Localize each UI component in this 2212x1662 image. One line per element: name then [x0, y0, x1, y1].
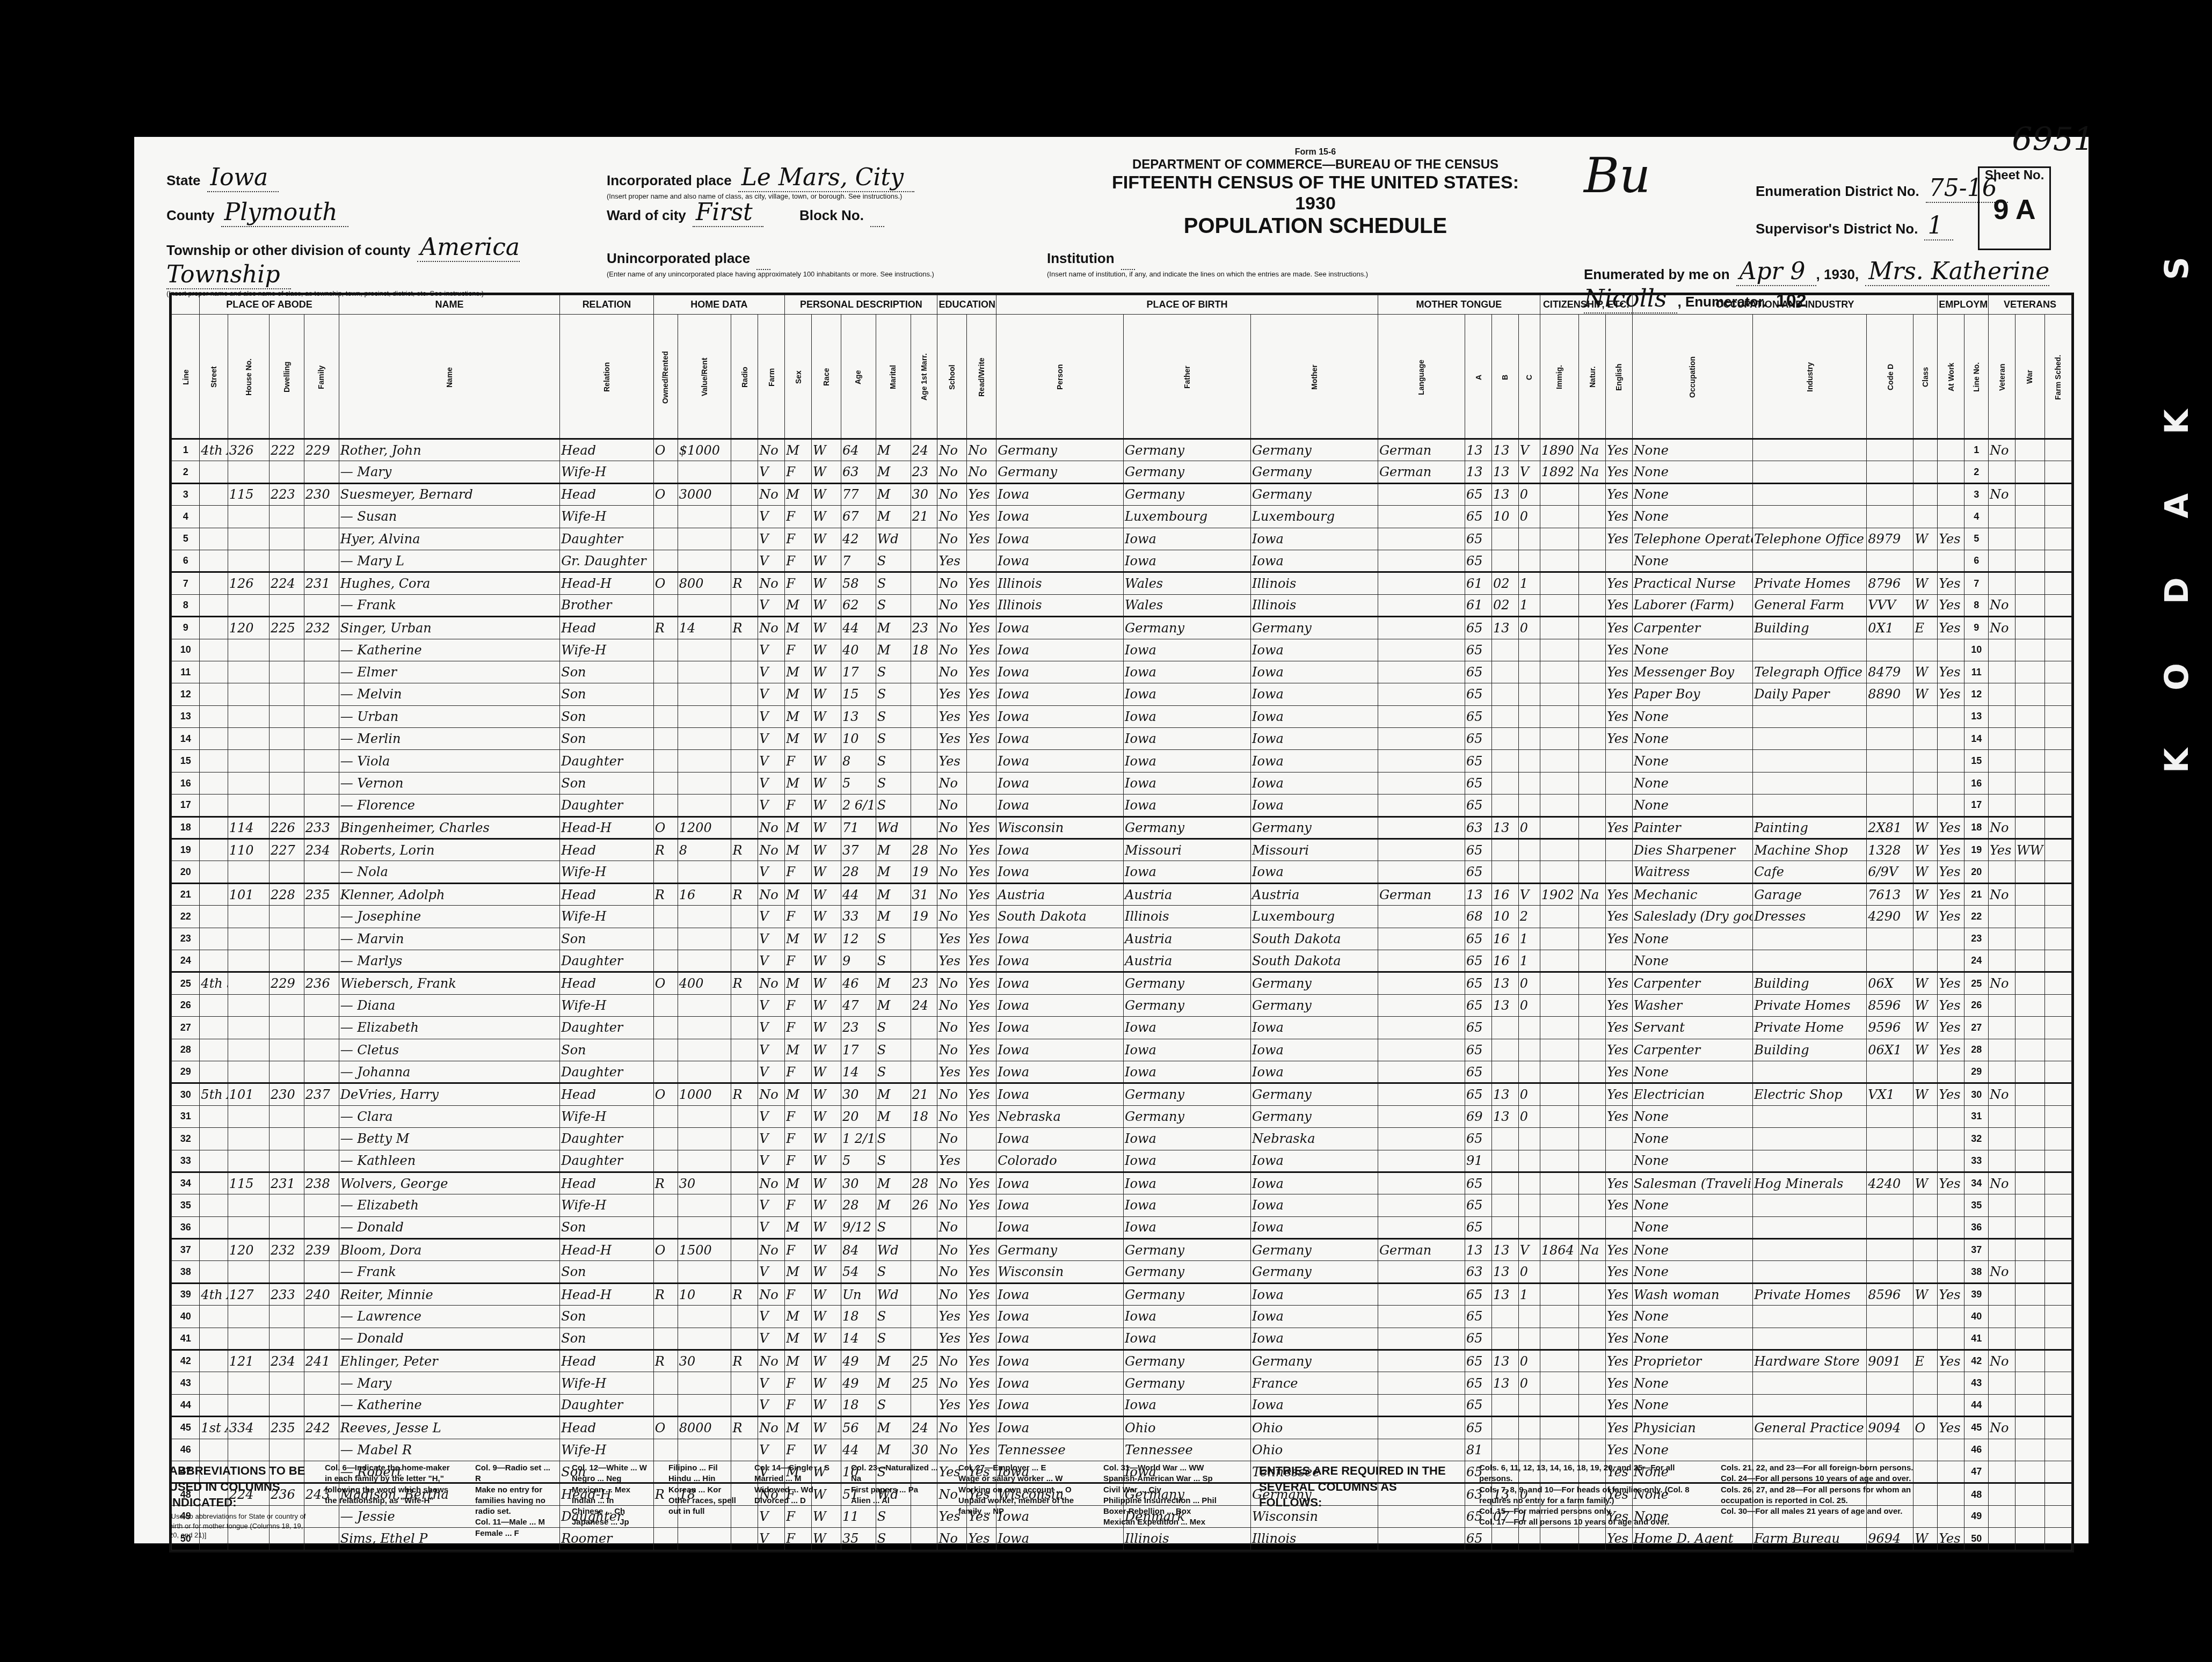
cell-ind: Dresses	[1753, 906, 1867, 928]
cell-sex: F	[785, 1372, 812, 1394]
cell-house	[228, 639, 269, 661]
cell-occ: None	[1632, 772, 1752, 794]
cell-name: — Frank	[339, 1261, 559, 1283]
cell-pb: Iowa	[996, 1128, 1124, 1150]
cell-b: 13	[1491, 439, 1518, 461]
cell-eng: Yes	[1605, 439, 1632, 461]
cell-b: 13	[1491, 994, 1518, 1016]
cell-house: 120	[228, 1239, 269, 1261]
cell-fam	[304, 1439, 339, 1461]
cell-occ: None	[1632, 1372, 1752, 1394]
cell-ln: 16	[172, 772, 200, 794]
cell-street	[200, 1306, 228, 1328]
cell-occ: Physician	[1632, 1417, 1752, 1439]
cell-war	[2015, 461, 2044, 483]
cell-fam	[304, 1061, 339, 1083]
cell-lang	[1378, 705, 1465, 727]
cell-code: 7613	[1867, 883, 1913, 905]
cell-name: Rother, John	[339, 439, 559, 461]
cell-mb: Germany	[1251, 1239, 1378, 1261]
cell-street: 4th Ave. NE	[200, 439, 228, 461]
cell-work	[1938, 1439, 1964, 1461]
cell-age: 8	[841, 750, 876, 772]
column-header: Street	[200, 315, 228, 439]
cell-age: 64	[841, 439, 876, 461]
cell-code: 0X1	[1867, 617, 1913, 639]
cell-fb: Austria	[1124, 883, 1251, 905]
cell-sex: M	[785, 617, 812, 639]
cell-war	[2015, 1061, 2044, 1083]
cell-rw: Yes	[967, 861, 996, 883]
cell-mb: Iowa	[1251, 639, 1378, 661]
cell-lang	[1378, 639, 1465, 661]
cell-sch: Yes	[937, 705, 967, 727]
cell-name: — Susan	[339, 506, 559, 528]
cell-ind	[1753, 1216, 1867, 1238]
cell-house	[228, 1150, 269, 1172]
cell-nat	[1579, 1105, 1606, 1127]
cell-ln: 20	[1964, 861, 1989, 883]
cell-lang	[1378, 594, 1465, 616]
cell-a: 65	[1465, 928, 1492, 950]
cell-farm: V	[758, 506, 785, 528]
cell-rel: Gr. Daughter	[560, 550, 654, 572]
cell-dw	[270, 1328, 304, 1350]
cell-mar: M	[876, 617, 911, 639]
cell-farm: V	[758, 661, 785, 683]
cell-b	[1491, 661, 1518, 683]
cell-_	[2044, 972, 2071, 994]
cell-ln: 26	[1964, 994, 1989, 1016]
cell-am	[911, 1017, 937, 1039]
cell-code	[1867, 506, 1913, 528]
cell-ind	[1753, 1128, 1867, 1150]
cell-rel: Wife-H	[560, 1194, 654, 1216]
cell-age: 17	[841, 1039, 876, 1061]
cell-vet	[1989, 1017, 2015, 1039]
cell-sex: F	[785, 1439, 812, 1461]
cell-fb: Germany	[1124, 1261, 1251, 1283]
cell-house	[228, 594, 269, 616]
cell-street: 5th Ave. SE	[200, 1083, 228, 1105]
cell-dw	[270, 1039, 304, 1061]
cell-eng: Yes	[1605, 1105, 1632, 1127]
cell-lang	[1378, 928, 1465, 950]
cell-vet: No	[1989, 1172, 2015, 1194]
cell-name: — Elizabeth	[339, 1194, 559, 1216]
cell-lang	[1378, 506, 1465, 528]
cell-eng: Yes	[1605, 1439, 1632, 1461]
cell-dw	[270, 461, 304, 483]
cell-farm: No	[758, 1239, 785, 1261]
cell-ln: 30	[172, 1083, 200, 1105]
cell-ind: Daily Paper	[1753, 683, 1867, 705]
cell-code: 8479	[1867, 661, 1913, 683]
cell-war	[2015, 528, 2044, 550]
cell-val	[678, 461, 731, 483]
cell-work	[1938, 750, 1964, 772]
cell-sex: F	[785, 572, 812, 594]
cell-lang	[1378, 550, 1465, 572]
cell-b	[1491, 750, 1518, 772]
cell-a: 65	[1465, 1328, 1492, 1350]
cell-mb: Iowa	[1251, 661, 1378, 683]
cell-val	[678, 1372, 731, 1394]
cell-fb: Germany	[1124, 1105, 1251, 1127]
cell-own: O	[653, 572, 678, 594]
cell-name: — Mary L	[339, 550, 559, 572]
cell-work	[1938, 1128, 1964, 1150]
cell-sex: M	[785, 661, 812, 683]
cell-dw	[270, 772, 304, 794]
cell-ln: 42	[1964, 1350, 1989, 1372]
cell-lang	[1378, 1017, 1465, 1039]
cell-am	[911, 728, 937, 750]
cell-fam: 239	[304, 1239, 339, 1261]
cell-fam: 238	[304, 1172, 339, 1194]
cell-eng: Yes	[1605, 661, 1632, 683]
form-footer: ABBREVIATIONS TO BE USED IN COLUMNS INDI…	[169, 1463, 2070, 1540]
cell-am	[911, 528, 937, 550]
cell-mar: Wd	[876, 817, 911, 839]
cell-house	[228, 906, 269, 928]
cell-nat	[1579, 1261, 1606, 1283]
cell-age: 37	[841, 839, 876, 861]
cell-mb: Germany	[1251, 1261, 1378, 1283]
cell-nat	[1579, 1216, 1606, 1238]
cell-pb: Iowa	[996, 1083, 1124, 1105]
cell-mb: Iowa	[1251, 550, 1378, 572]
cell-dw	[270, 1194, 304, 1216]
cell-ind	[1753, 728, 1867, 750]
cell-ln: 18	[1964, 817, 1989, 839]
cell-fb: Iowa	[1124, 528, 1251, 550]
cell-cls: W	[1913, 528, 1938, 550]
cell-farm: V	[758, 1128, 785, 1150]
cell-war	[2015, 1417, 2044, 1439]
cell-val	[678, 1194, 731, 1216]
cell-mar: S	[876, 705, 911, 727]
cell-am	[911, 1039, 937, 1061]
cell-ln: 1	[1964, 439, 1989, 461]
cell-rw: Yes	[967, 1283, 996, 1305]
cell-age: 54	[841, 1261, 876, 1283]
cell-pb: Iowa	[996, 617, 1124, 639]
cell-work: Yes	[1938, 683, 1964, 705]
county-value: Plymouth	[221, 199, 348, 227]
cell-work	[1938, 1194, 1964, 1216]
cell-farm: No	[758, 483, 785, 505]
cell-lang: German	[1378, 439, 1465, 461]
cell-race: W	[812, 528, 841, 550]
cell-val	[678, 528, 731, 550]
cell-c	[1518, 639, 1540, 661]
cell-race: W	[812, 550, 841, 572]
cell-radio: R	[731, 572, 758, 594]
cell-ln: 35	[172, 1194, 200, 1216]
cell-imm	[1540, 1105, 1578, 1127]
cell-mar: M	[876, 1194, 911, 1216]
cell-ln: 5	[172, 528, 200, 550]
cell-cls	[1913, 550, 1938, 572]
cell-lang	[1378, 1306, 1465, 1328]
cell-imm	[1540, 750, 1578, 772]
cell-ln: 12	[172, 683, 200, 705]
cell-sex: F	[785, 750, 812, 772]
cell-race: W	[812, 1017, 841, 1039]
cell-lang	[1378, 1350, 1465, 1372]
column-header: Family	[304, 315, 339, 439]
cell-ind: Painting	[1753, 817, 1867, 839]
cell-code	[1867, 1194, 1913, 1216]
cell-pb: Iowa	[996, 1017, 1124, 1039]
cell-c: V	[1518, 883, 1540, 905]
cell-nat	[1579, 1306, 1606, 1328]
cell-war	[2015, 1328, 2044, 1350]
cell-am: 21	[911, 506, 937, 528]
cell-rel: Son	[560, 1216, 654, 1238]
cell-own	[653, 550, 678, 572]
cell-mb: Iowa	[1251, 1194, 1378, 1216]
cell-mb: Iowa	[1251, 1150, 1378, 1172]
cell-eng: Yes	[1605, 683, 1632, 705]
cell-occ: None	[1632, 1061, 1752, 1083]
cell-nat	[1579, 1350, 1606, 1372]
cell-ind: Building	[1753, 972, 1867, 994]
cell-imm	[1540, 661, 1578, 683]
cell-street	[200, 883, 228, 905]
cell-own	[653, 1017, 678, 1039]
cell-war	[2015, 994, 2044, 1016]
cell-name: — Merlin	[339, 728, 559, 750]
cell-rel: Daughter	[560, 1150, 654, 1172]
reviewer-mark: Bu	[1584, 148, 1650, 204]
cell-code: 06X1	[1867, 1039, 1913, 1061]
cell-nat	[1579, 639, 1606, 661]
table-row: 35— ElizabethWife-HVFW28M26NoYesIowaIowa…	[172, 1194, 2072, 1216]
cell-house	[228, 506, 269, 528]
cell-val	[678, 994, 731, 1016]
cell-race: W	[812, 506, 841, 528]
cell-age: Un	[841, 1283, 876, 1305]
cell-rel: Head	[560, 883, 654, 905]
cell-ln: 16	[1964, 772, 1989, 794]
cell-vet	[1989, 1283, 2015, 1305]
cell-radio	[731, 1194, 758, 1216]
cell-imm	[1540, 1083, 1578, 1105]
cell-ind	[1753, 1194, 1867, 1216]
cell-imm	[1540, 705, 1578, 727]
cell-fam: 236	[304, 972, 339, 994]
form-title: Form 15-6 DEPARTMENT OF COMMERCE—BUREAU …	[1111, 148, 1519, 238]
cell-lang	[1378, 950, 1465, 972]
cell-nat: Na	[1579, 439, 1606, 461]
cell-rel: Son	[560, 728, 654, 750]
column-header: Line	[172, 315, 200, 439]
cell-race: W	[812, 1261, 841, 1283]
cell-cls: W	[1913, 1017, 1938, 1039]
cell-name: Reeves, Jesse L	[339, 1417, 559, 1439]
cell-fb: Ohio	[1124, 1417, 1251, 1439]
cell-rw	[967, 794, 996, 817]
column-header: At Work	[1938, 315, 1964, 439]
cell-ind	[1753, 750, 1867, 772]
cell-cls: O	[1913, 1417, 1938, 1439]
cell-lang	[1378, 1216, 1465, 1238]
cell-age: 10	[841, 728, 876, 750]
cell-rw: Yes	[967, 1017, 996, 1039]
cell-street	[200, 617, 228, 639]
cell-fb: Iowa	[1124, 1194, 1251, 1216]
cell-war	[2015, 950, 2044, 972]
cell-ln: 38	[172, 1261, 200, 1283]
cell-sch: No	[937, 817, 967, 839]
cell-mb: Austria	[1251, 883, 1378, 905]
cell-c	[1518, 705, 1540, 727]
cell-name: — Vernon	[339, 772, 559, 794]
cell-_	[2044, 750, 2071, 772]
cell-street	[200, 705, 228, 727]
column-header: Age 1st Marr.	[911, 315, 937, 439]
cell-lang	[1378, 483, 1465, 505]
cell-eng: Yes	[1605, 1306, 1632, 1328]
cell-eng	[1605, 1128, 1632, 1150]
cell-nat	[1579, 594, 1606, 616]
cell-radio	[731, 1216, 758, 1238]
cell-lang	[1378, 861, 1465, 883]
cell-rel: Head	[560, 1350, 654, 1372]
cell-b: 02	[1491, 594, 1518, 616]
cell-a: 63	[1465, 1261, 1492, 1283]
cell-radio	[731, 1394, 758, 1416]
cell-name: Ehlinger, Peter	[339, 1350, 559, 1372]
cell-b: 13	[1491, 617, 1518, 639]
cell-occ: None	[1632, 550, 1752, 572]
cell-occ: None	[1632, 705, 1752, 727]
cell-lang	[1378, 1128, 1465, 1150]
cell-race: W	[812, 1216, 841, 1238]
cell-sch: No	[937, 972, 967, 994]
cell-name: — Viola	[339, 750, 559, 772]
cell-occ: Paper Boy	[1632, 683, 1752, 705]
table-row: 6— Mary LGr. DaughterVFW7SYesIowaIowaIow…	[172, 550, 2072, 572]
cell-farm: V	[758, 928, 785, 950]
cell-name: — Clara	[339, 1105, 559, 1127]
cell-vet	[1989, 1105, 2015, 1127]
cell-mb: Germany	[1251, 461, 1378, 483]
cell-pb: Germany	[996, 1239, 1124, 1261]
cell-dw: 230	[270, 1083, 304, 1105]
cell-am: 18	[911, 639, 937, 661]
cell-age: 77	[841, 483, 876, 505]
cell-cls	[1913, 728, 1938, 750]
cell-ln: 40	[1964, 1306, 1989, 1328]
cell-a: 65	[1465, 528, 1492, 550]
cell-code	[1867, 1306, 1913, 1328]
cell-war	[2015, 1216, 2044, 1238]
cell-imm	[1540, 1283, 1578, 1305]
cell-race: W	[812, 705, 841, 727]
cell-a: 65	[1465, 861, 1492, 883]
cell-vet	[1989, 661, 2015, 683]
cell-am	[911, 1061, 937, 1083]
column-header: C	[1518, 315, 1540, 439]
cell-age: 44	[841, 883, 876, 905]
cell-ind: Building	[1753, 617, 1867, 639]
column-header: Class	[1913, 315, 1938, 439]
cell-b	[1491, 1172, 1518, 1194]
cell-radio	[731, 1150, 758, 1172]
cell-code	[1867, 705, 1913, 727]
cell-imm	[1540, 639, 1578, 661]
table-row: 394th Ave. SE127233240Reiter, MinnieHead…	[172, 1283, 2072, 1305]
cell-pb: Iowa	[996, 639, 1124, 661]
cell-imm	[1540, 839, 1578, 861]
cell-b: 10	[1491, 906, 1518, 928]
cell-street: 1st Ave. NE	[200, 1417, 228, 1439]
cell-nat	[1579, 683, 1606, 705]
cell-street: 4th St. SE	[200, 972, 228, 994]
cell-house	[228, 1128, 269, 1150]
cell-code: 06X	[1867, 972, 1913, 994]
cell-eng: Yes	[1605, 817, 1632, 839]
cell-nat	[1579, 839, 1606, 861]
cell-ln: 15	[1964, 750, 1989, 772]
table-row: 41— DonaldSonVMW14SYesYesIowaIowaIowa65Y…	[172, 1328, 2072, 1350]
cell-house	[228, 861, 269, 883]
cell-cls	[1913, 794, 1938, 817]
cell-name: — Mabel R	[339, 1439, 559, 1461]
cell-work	[1938, 1261, 1964, 1283]
cell-ln: 41	[1964, 1328, 1989, 1350]
cell-ind	[1753, 1061, 1867, 1083]
cell-ln: 13	[172, 705, 200, 727]
cell-dw	[270, 705, 304, 727]
cell-age: 28	[841, 861, 876, 883]
cell-ln: 23	[1964, 928, 1989, 950]
cell-_	[2044, 772, 2071, 794]
cell-am	[911, 1216, 937, 1238]
cell-ind: Garage	[1753, 883, 1867, 905]
cell-pb: Colorado	[996, 1150, 1124, 1172]
cell-name: — Katherine	[339, 1394, 559, 1416]
cell-val	[678, 772, 731, 794]
cell-house	[228, 994, 269, 1016]
cell-dw	[270, 1216, 304, 1238]
cell-street	[200, 506, 228, 528]
cell-val	[678, 506, 731, 528]
cell-ln: 38	[1964, 1261, 1989, 1283]
cell-fb: Iowa	[1124, 750, 1251, 772]
cell-fb: Wales	[1124, 594, 1251, 616]
county-field: CountyPlymouth	[166, 199, 348, 226]
cell-cls: W	[1913, 1172, 1938, 1194]
table-row: 24— MarlysDaughterVFW9SYesYesIowaAustria…	[172, 950, 2072, 972]
cell-pb: Illinois	[996, 572, 1124, 594]
cell-occ: Servant	[1632, 1017, 1752, 1039]
cell-a: 81	[1465, 1439, 1492, 1461]
cell-_	[2044, 683, 2071, 705]
cell-val	[678, 1039, 731, 1061]
cell-eng: Yes	[1605, 883, 1632, 905]
cell-_	[2044, 461, 2071, 483]
cell-b	[1491, 728, 1518, 750]
cell-pb: Iowa	[996, 839, 1124, 861]
cell-own	[653, 528, 678, 550]
cell-mb: Germany	[1251, 617, 1378, 639]
cell-age: 49	[841, 1372, 876, 1394]
cell-fb: Germany	[1124, 1372, 1251, 1394]
